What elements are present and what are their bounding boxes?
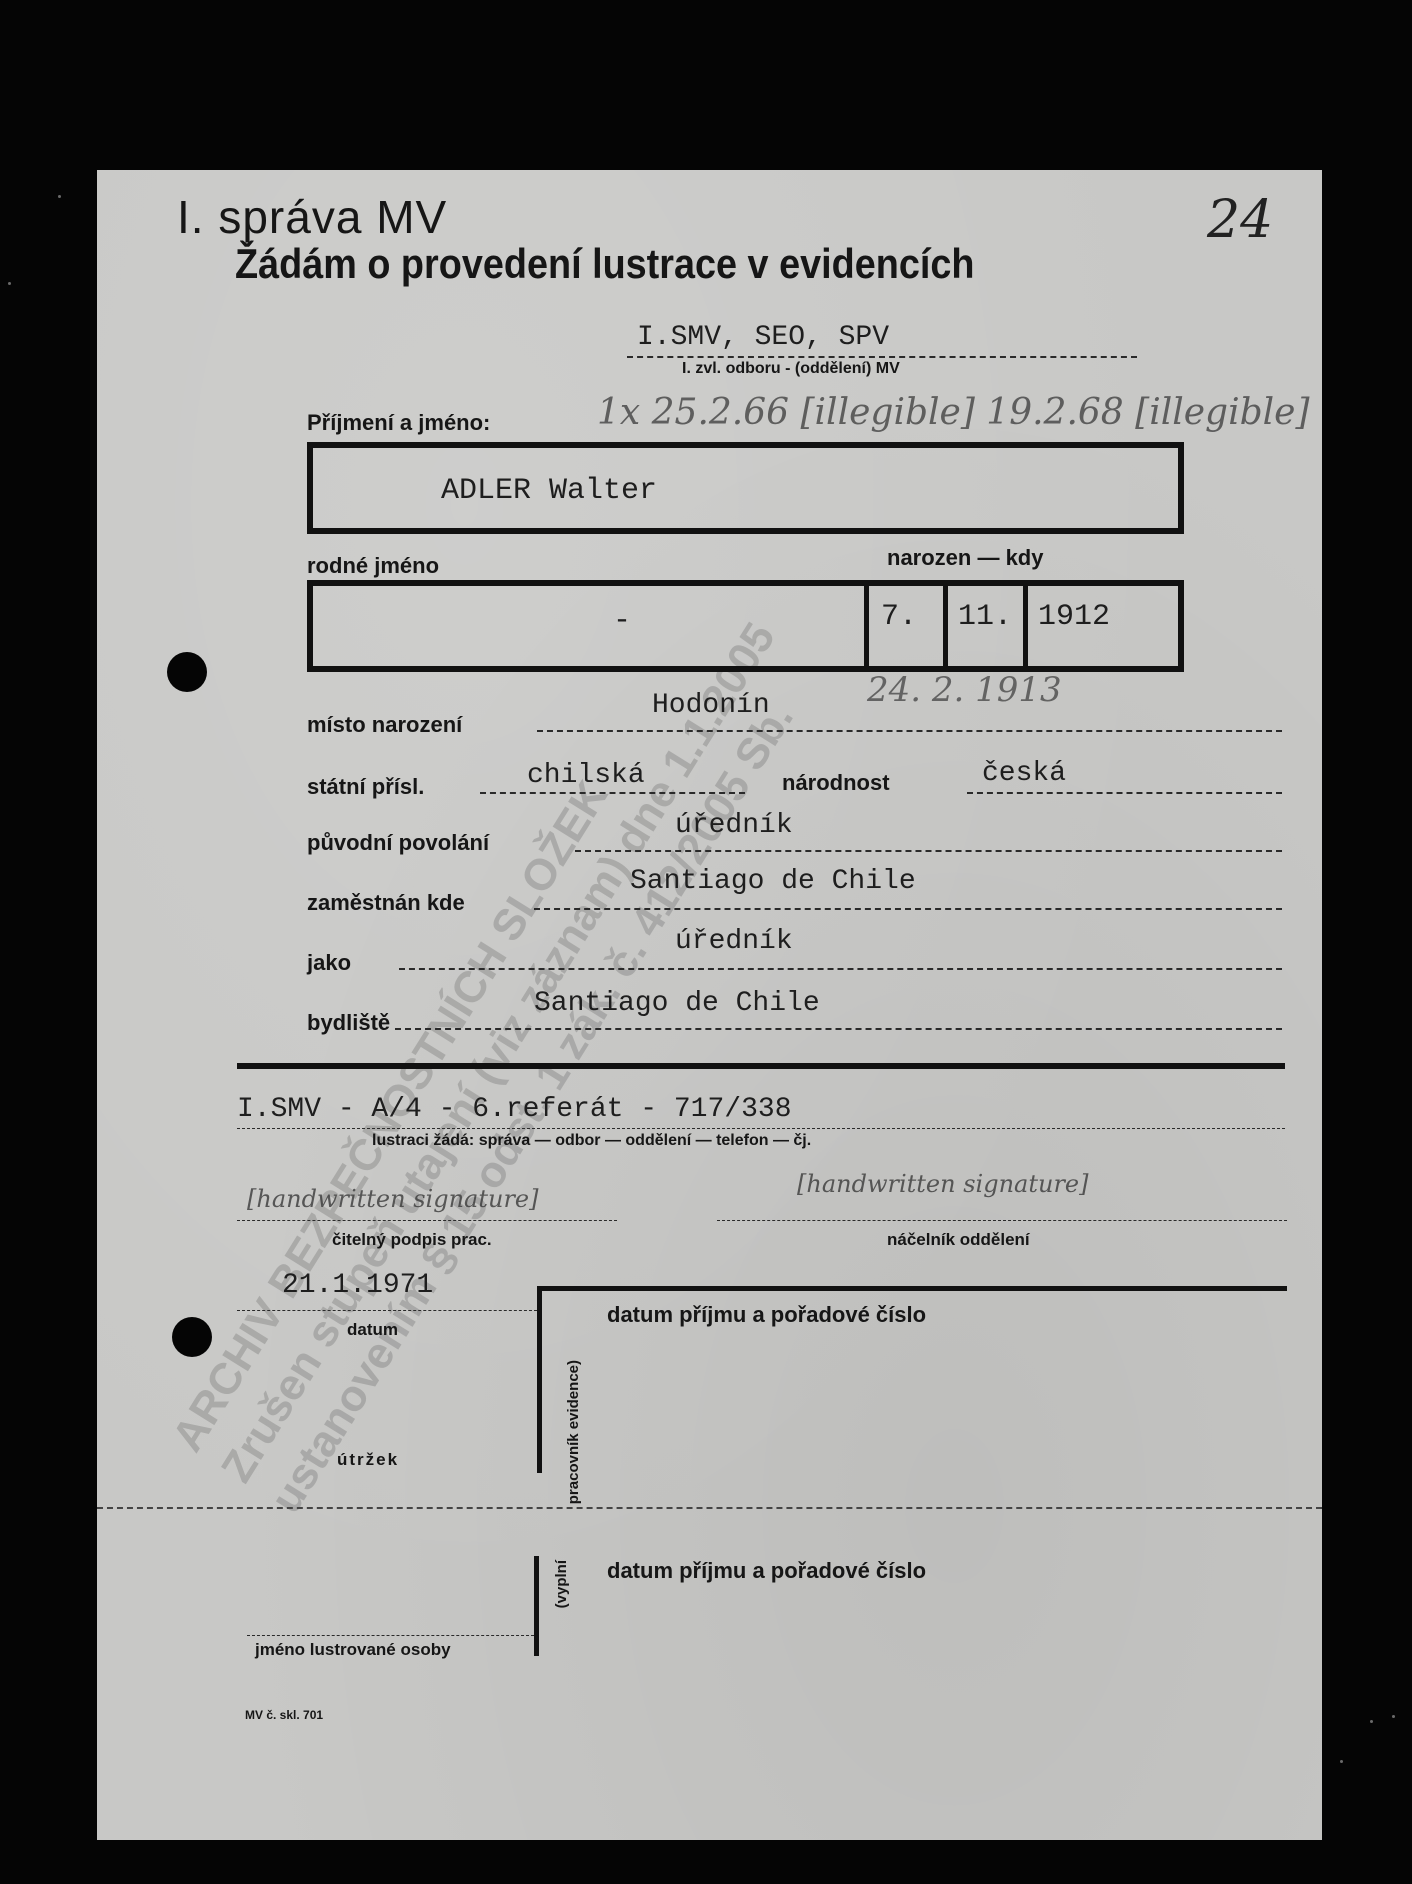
name-box: ADLER Walter bbox=[307, 442, 1184, 534]
birth-name-value: - bbox=[613, 604, 631, 638]
field-label: národnost bbox=[782, 770, 890, 796]
stub-label: útržek bbox=[337, 1450, 399, 1470]
receipt-border-top bbox=[537, 1286, 1287, 1291]
birth-name-label: rodné jméno bbox=[307, 553, 439, 579]
receipt-label: datum příjmu a pořadové číslo bbox=[607, 1302, 926, 1328]
field-value: úředník bbox=[675, 926, 793, 957]
form-code: MV č. skl. 701 bbox=[245, 1708, 323, 1722]
field-line bbox=[480, 792, 745, 794]
date-line bbox=[237, 1310, 537, 1311]
signature-line bbox=[237, 1220, 617, 1221]
watermark-line: Zrušen stupeň utajení (viz záznam) dne 1… bbox=[209, 612, 789, 1493]
form-title: Žádám o provedení lustrace v evidencích bbox=[235, 240, 974, 288]
worker-signature-label: čitelný podpis prac. bbox=[332, 1230, 492, 1250]
field-line bbox=[575, 850, 1282, 852]
birth-box: - 7. 11. 1912 bbox=[307, 580, 1184, 672]
born-day: 7. bbox=[881, 600, 917, 634]
requesting-unit-line bbox=[627, 356, 1137, 358]
requester-value: I.SMV - A/4 - 6.referát - 717/338 bbox=[237, 1094, 792, 1125]
receipt-border-left bbox=[534, 1556, 539, 1656]
born-year: 1912 bbox=[1038, 600, 1110, 634]
signature-line bbox=[717, 1220, 1287, 1221]
film-speck bbox=[1370, 1720, 1373, 1723]
field-line bbox=[967, 792, 1282, 794]
requesting-unit-value: I.SMV, SEO, SPV bbox=[637, 322, 889, 353]
film-speck bbox=[8, 282, 11, 285]
field-label: místo narození bbox=[307, 712, 462, 738]
chief-signature-label: náčelník oddělení bbox=[887, 1230, 1030, 1250]
archive-watermark: ARCHIV BEZPEČNOSTNÍCH SLOŽEK Zrušen stup… bbox=[159, 582, 838, 1524]
cell-divider bbox=[864, 586, 869, 666]
field-value: Santiago de Chile bbox=[630, 866, 916, 897]
birthdate-handwritten-annotation: 24. 2. 1913 bbox=[867, 670, 1062, 710]
cell-divider bbox=[1023, 586, 1028, 666]
page-number: 24 bbox=[1207, 190, 1273, 250]
section-separator bbox=[237, 1063, 1285, 1069]
person-line bbox=[247, 1635, 534, 1636]
field-label: původní povolání bbox=[307, 830, 489, 856]
punch-hole bbox=[172, 1317, 212, 1357]
worker-signature: [handwritten signature] bbox=[247, 1185, 538, 1213]
field-line bbox=[534, 908, 1282, 910]
field-value: česká bbox=[982, 758, 1066, 789]
tear-line bbox=[97, 1507, 1322, 1509]
field-label: zaměstnán kde bbox=[307, 890, 465, 916]
requester-line bbox=[237, 1128, 1285, 1129]
field-label: státní přísl. bbox=[307, 774, 424, 800]
person-label: jméno lustrované osoby bbox=[255, 1640, 451, 1660]
field-line bbox=[395, 1028, 1282, 1030]
film-speck bbox=[1392, 1715, 1395, 1718]
date-label: datum bbox=[347, 1320, 398, 1340]
film-speck bbox=[58, 195, 61, 198]
receipt-border-left bbox=[537, 1286, 542, 1473]
requester-label: lustraci žádá: správa — odbor — oddělení… bbox=[372, 1132, 811, 1150]
field-value: Hodonín bbox=[652, 690, 770, 721]
document-page: ARCHIV BEZPEČNOSTNÍCH SLOŽEK Zrušen stup… bbox=[97, 170, 1322, 1840]
name-value: ADLER Walter bbox=[441, 474, 657, 508]
receipt-side-label: (vyplní bbox=[553, 1560, 570, 1608]
field-line bbox=[399, 968, 1282, 970]
field-value: chilská bbox=[527, 760, 645, 791]
name-label: Příjmení a jméno: bbox=[307, 410, 490, 436]
chief-signature: [handwritten signature] bbox=[797, 1170, 1088, 1198]
born-label: narozen — kdy bbox=[887, 545, 1043, 571]
born-month: 11. bbox=[958, 600, 1012, 634]
field-line bbox=[537, 730, 1282, 732]
cell-divider bbox=[943, 586, 948, 666]
field-label: bydliště bbox=[307, 1010, 390, 1036]
date-value: 21.1.1971 bbox=[282, 1270, 433, 1301]
receipt-label: datum příjmu a pořadové číslo bbox=[607, 1558, 926, 1584]
film-speck bbox=[1340, 1760, 1343, 1763]
field-label: jako bbox=[307, 950, 351, 976]
punch-hole bbox=[167, 652, 207, 692]
department-label: I. správa MV bbox=[177, 190, 447, 244]
receipt-side-label: pracovník evidence) bbox=[565, 1360, 601, 1504]
requesting-unit-label: I. zvl. odboru - (oddělení) MV bbox=[682, 360, 900, 378]
top-handwritten-annotation: 1x 25.2.66 [illegible] 19.2.68 [illegibl… bbox=[597, 392, 1310, 433]
field-value: Santiago de Chile bbox=[534, 988, 820, 1019]
field-value: úředník bbox=[675, 810, 793, 841]
